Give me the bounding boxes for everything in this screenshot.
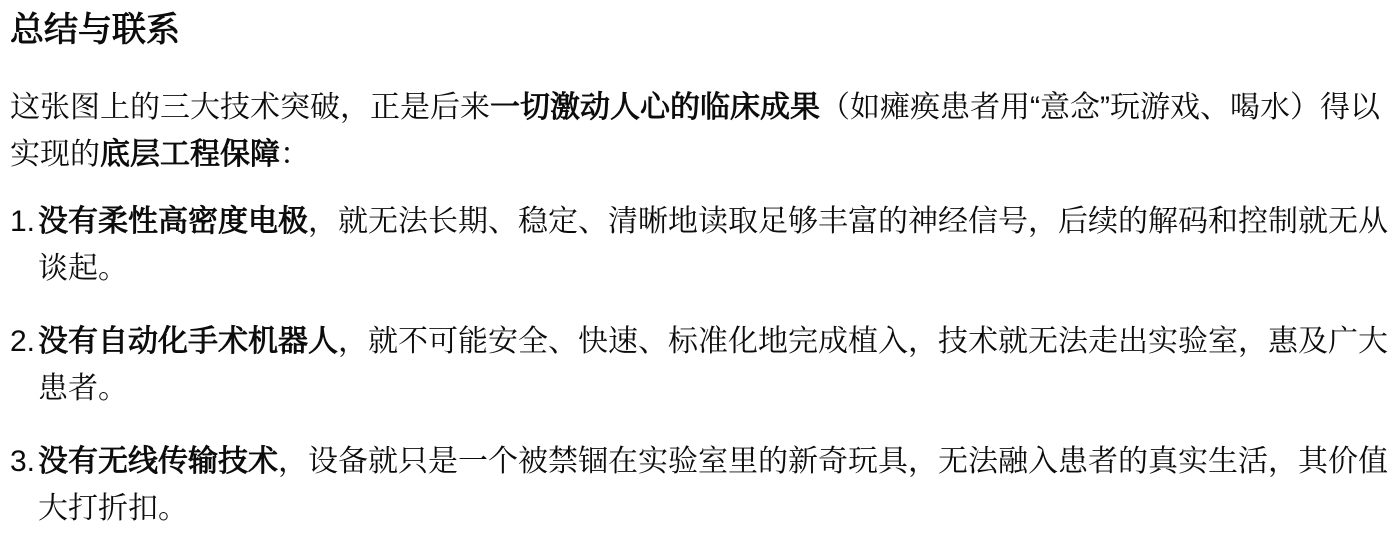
intro-bold-engineering-guarantee: 底层工程保障: [100, 138, 280, 171]
list-item-bold-lead: 没有无线传输技术: [38, 445, 278, 478]
intro-text-colon: ：: [280, 138, 310, 171]
list-item-text: 没有无线传输技术，设备就只是一个被禁锢在实验室里的新奇玩具，无法融入患者的真实生…: [38, 438, 1388, 532]
intro-text-lead: 这张图上的三大技术突破，正是后来: [10, 91, 490, 124]
intro-paragraph: 这张图上的三大技术突破，正是后来一切激动人心的临床成果（如瘫痪患者用“意念”玩游…: [10, 84, 1388, 178]
list-marker-3: 3.: [10, 438, 38, 485]
page-title: 总结与联系: [10, 8, 1388, 52]
list-item-text: 没有自动化手术机器人，就不可能安全、快速、标准化地完成植入，技术就无法走出实验室…: [38, 318, 1388, 412]
list-item-bold-lead: 没有自动化手术机器人: [38, 325, 338, 358]
list-item-surgical-robot: 2. 没有自动化手术机器人，就不可能安全、快速、标准化地完成植入，技术就无法走出…: [10, 318, 1388, 412]
list-item-bold-lead: 没有柔性高密度电极: [38, 205, 308, 238]
list-item-flexible-electrodes: 1. 没有柔性高密度电极，就无法长期、稳定、清晰地读取足够丰富的神经信号，后续的…: [10, 198, 1388, 292]
list-marker-1: 1.: [10, 198, 38, 245]
numbered-list: 1. 没有柔性高密度电极，就无法长期、稳定、清晰地读取足够丰富的神经信号，后续的…: [10, 198, 1388, 532]
list-item-wireless-transmission: 3. 没有无线传输技术，设备就只是一个被禁锢在实验室里的新奇玩具，无法融入患者的…: [10, 438, 1388, 532]
list-marker-2: 2.: [10, 318, 38, 365]
list-item-text: 没有柔性高密度电极，就无法长期、稳定、清晰地读取足够丰富的神经信号，后续的解码和…: [38, 198, 1388, 292]
intro-bold-clinical-outcomes: 一切激动人心的临床成果: [490, 91, 820, 124]
document-page: 总结与联系 这张图上的三大技术突破，正是后来一切激动人心的临床成果（如瘫痪患者用…: [0, 0, 1398, 549]
